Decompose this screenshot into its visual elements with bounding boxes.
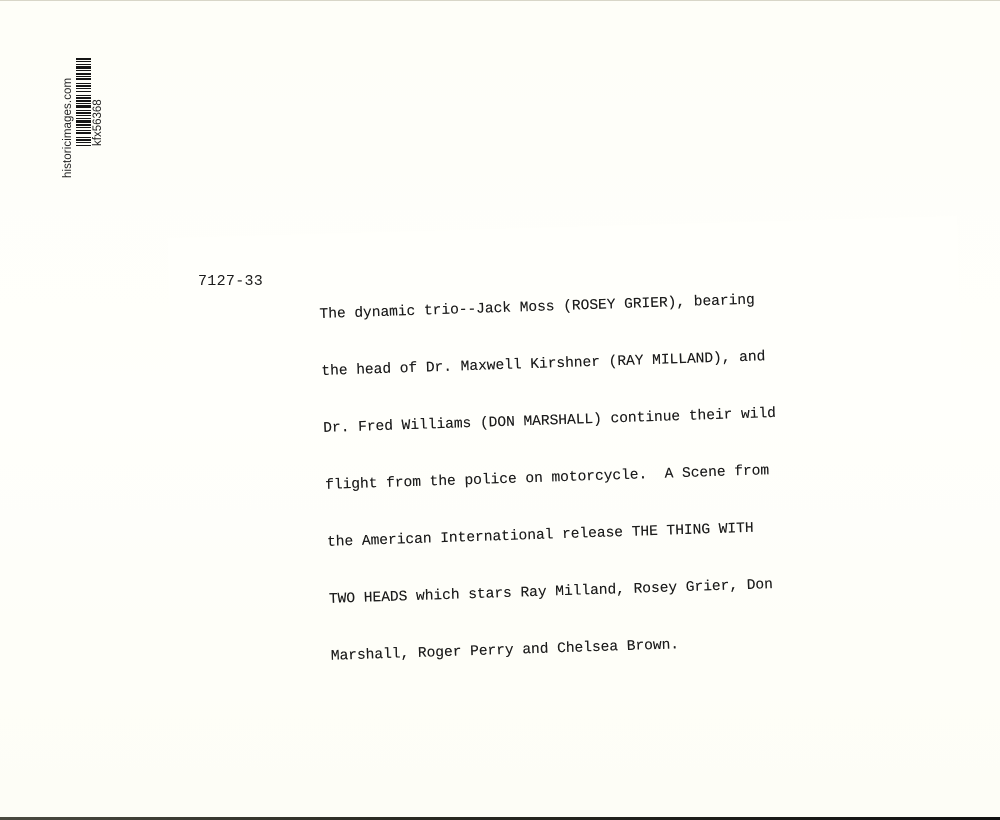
caption-line: Dr. Fred Williams (DON MARSHALL) continu… [323, 401, 883, 439]
paper-top-edge [0, 0, 1000, 1]
barcode-icon [76, 58, 91, 178]
caption-line: TWO HEADS which stars Ray Milland, Rosey… [329, 572, 889, 610]
caption-line: the head of Dr. Maxwell Kirshner (RAY MI… [321, 344, 881, 382]
photo-number: 7127-33 [198, 273, 263, 290]
stamp-website-text: historicimages.com [62, 58, 74, 178]
caption-line: The dynamic trio--Jack Moss (ROSEY GRIER… [319, 287, 879, 325]
caption-line: the American International release THE T… [327, 515, 887, 553]
caption-line: Marshall, Roger Perry and Chelsea Brown. [331, 629, 891, 667]
stamp-item-code: kfx56368 [92, 99, 104, 146]
caption-text: The dynamic trio--Jack Moss (ROSEY GRIER… [318, 249, 892, 685]
caption-line: flight from the police on motorcycle. A … [325, 458, 885, 496]
